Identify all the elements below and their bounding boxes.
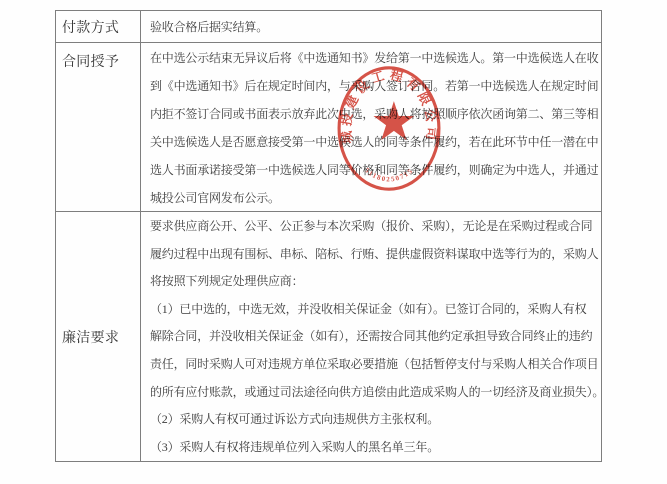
text-line: 选人书面承诺接受第一中选候选人同等价格和同等条件履约，则确定为中选人，并通过 — [150, 156, 599, 184]
row-label-contract-award: 合同授予 — [56, 43, 141, 211]
scanned-document-page: { "document": { "table": { "rows": [ { "… — [0, 0, 667, 484]
text-line: （1）已中选的，中选无效，并没收相关保证金（如有）。已签订合同的，采购人有权 — [150, 296, 604, 324]
text-line: 关中选候选人是否愿意接受第一中选候选人的同等条件履约，若在此环节中任一潜在中 — [150, 128, 599, 156]
text-line: 验收合格后据实结算。 — [150, 11, 268, 43]
text-line: 解除合同，并没收相关保证金（如有），还需按合同其他约定承担导致合同终止的违约 — [150, 323, 604, 351]
text-line: （3）采购人有权将违规单位列入采购人的黑名单三年。 — [150, 434, 604, 462]
procurement-terms-table: 付款方式 验收合格后据实结算。 合同授予 在中选公示结束无异议后将《中选通知书》… — [55, 10, 602, 462]
row-label-payment-method: 付款方式 — [56, 11, 141, 42]
table-row-contract-award: 合同授予 在中选公示结束无异议后将《中选通知书》发给第一中选候选人。第一中选候选… — [56, 43, 601, 212]
text-line: 的所有应付账款，或通过司法途径向供方追偿由此造成采购人的一切经济及商业损失）。 — [150, 379, 604, 407]
text-line: 内拒不签订合同或书面表示放弃此次中选，采购人将按照顺序依次函询第二、第三等相 — [150, 100, 599, 128]
text-line: 到《中选通知书》后在规定时间内，与采购人签订合同。若第一中选候选人在规定时间 — [150, 72, 599, 100]
table-row-integrity-requirements: 廉洁要求 要求供应商公开、公平、公正参与本次采购（报价、采购），无论是在采购过程… — [56, 212, 601, 461]
text-line: （2）采购人有权可通过诉讼方式向违规供方主张权利。 — [150, 406, 604, 434]
text-line: 责任，同时采购人可对违规方单位采取必要措施（包括暂停支付与采购人相关合作项目 — [150, 351, 604, 379]
text-line: 在中选公示结束无异议后将《中选通知书》发给第一中选候选人。第一中选候选人在收 — [150, 44, 599, 72]
text-line: 将按照下列规定处理供应商： — [150, 268, 604, 296]
row-label-integrity-requirements: 廉洁要求 — [56, 212, 141, 461]
payment-method-content: 验收合格后据实结算。 — [141, 11, 601, 42]
text-line: 要求供应商公开、公平、公正参与本次采购（报价、采购），无论是在采购过程或合同 — [150, 213, 604, 241]
text-line: 城投公司官网发布公示。 — [150, 184, 599, 212]
table-row-payment-method: 付款方式 验收合格后据实结算。 — [56, 11, 601, 43]
text-line: 履约过程中出现有围标、串标、陪标、行贿、提供虚假资料谋取中选等行为的，采购人 — [150, 241, 604, 269]
integrity-requirements-content: 要求供应商公开、公平、公正参与本次采购（报价、采购），无论是在采购过程或合同 履… — [141, 212, 606, 461]
contract-award-content: 在中选公示结束无异议后将《中选通知书》发给第一中选候选人。第一中选候选人在收 到… — [141, 43, 601, 211]
